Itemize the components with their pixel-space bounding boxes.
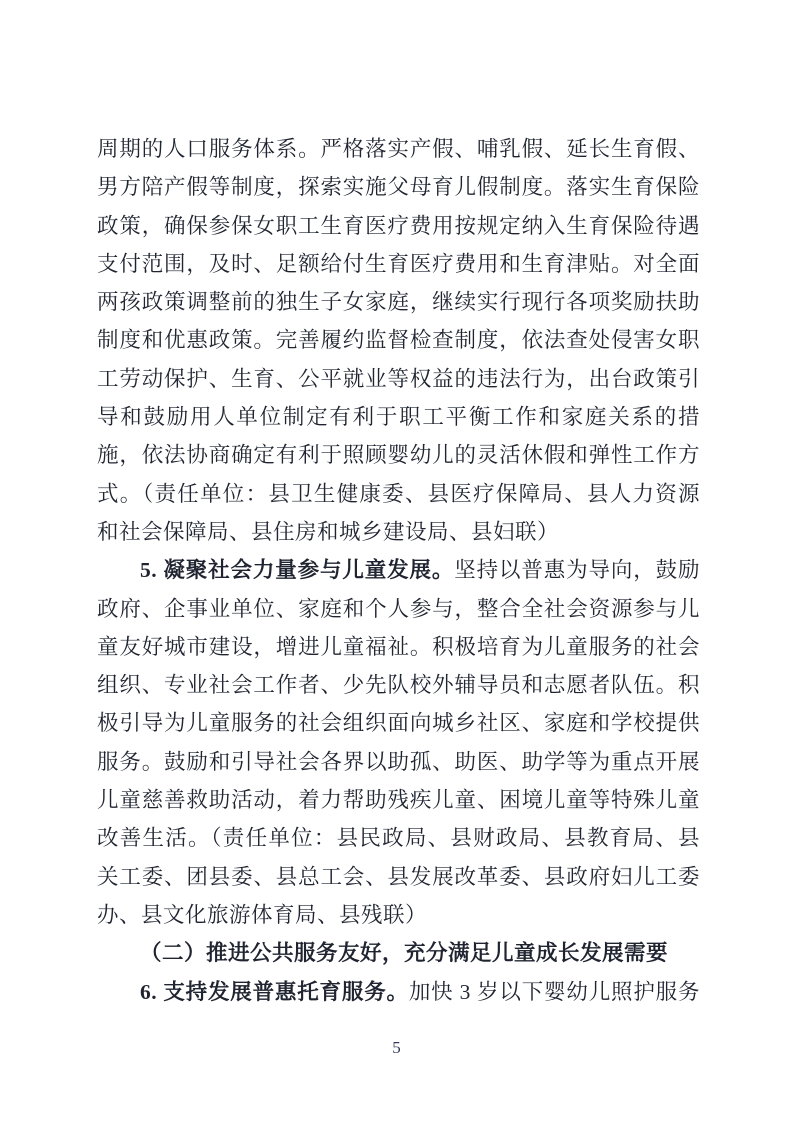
section-heading: （二）推进公共服务友好，充分满足儿童成长发展需要 [97,934,700,972]
item-5-body: 坚持以普惠为导向，鼓励政府、企事业单位、家庭和个人参与，整合全社会资源参与儿童友… [97,558,700,927]
paragraph-item-5: 5. 凝聚社会力量参与儿童发展。坚持以普惠为导向，鼓励政府、企事业单位、家庭和个… [97,551,700,934]
item-6-body: 加快 3 岁以下婴幼儿照护服务 [409,980,700,1004]
paragraph-continuation-text: 周期的人口服务体系。严格落实产假、哺乳假、延长生育假、男方陪产假等制度，探索实施… [97,137,700,544]
paragraph-item-6: 6. 支持发展普惠托育服务。加快 3 岁以下婴幼儿照护服务 [97,973,700,1011]
item-6-lead: 6. 支持发展普惠托育服务。 [140,980,409,1004]
section-heading-text: （二）推进公共服务友好，充分满足儿童成长发展需要 [140,941,668,965]
item-5-lead: 5. 凝聚社会力量参与儿童发展。 [140,558,454,582]
page-number: 5 [0,1036,793,1060]
document-page: 周期的人口服务体系。严格落实产假、哺乳假、延长生育假、男方陪产假等制度，探索实施… [0,0,793,1122]
paragraph-continuation: 周期的人口服务体系。严格落实产假、哺乳假、延长生育假、男方陪产假等制度，探索实施… [97,130,700,551]
document-body: 周期的人口服务体系。严格落实产假、哺乳假、延长生育假、男方陪产假等制度，探索实施… [97,130,700,1011]
